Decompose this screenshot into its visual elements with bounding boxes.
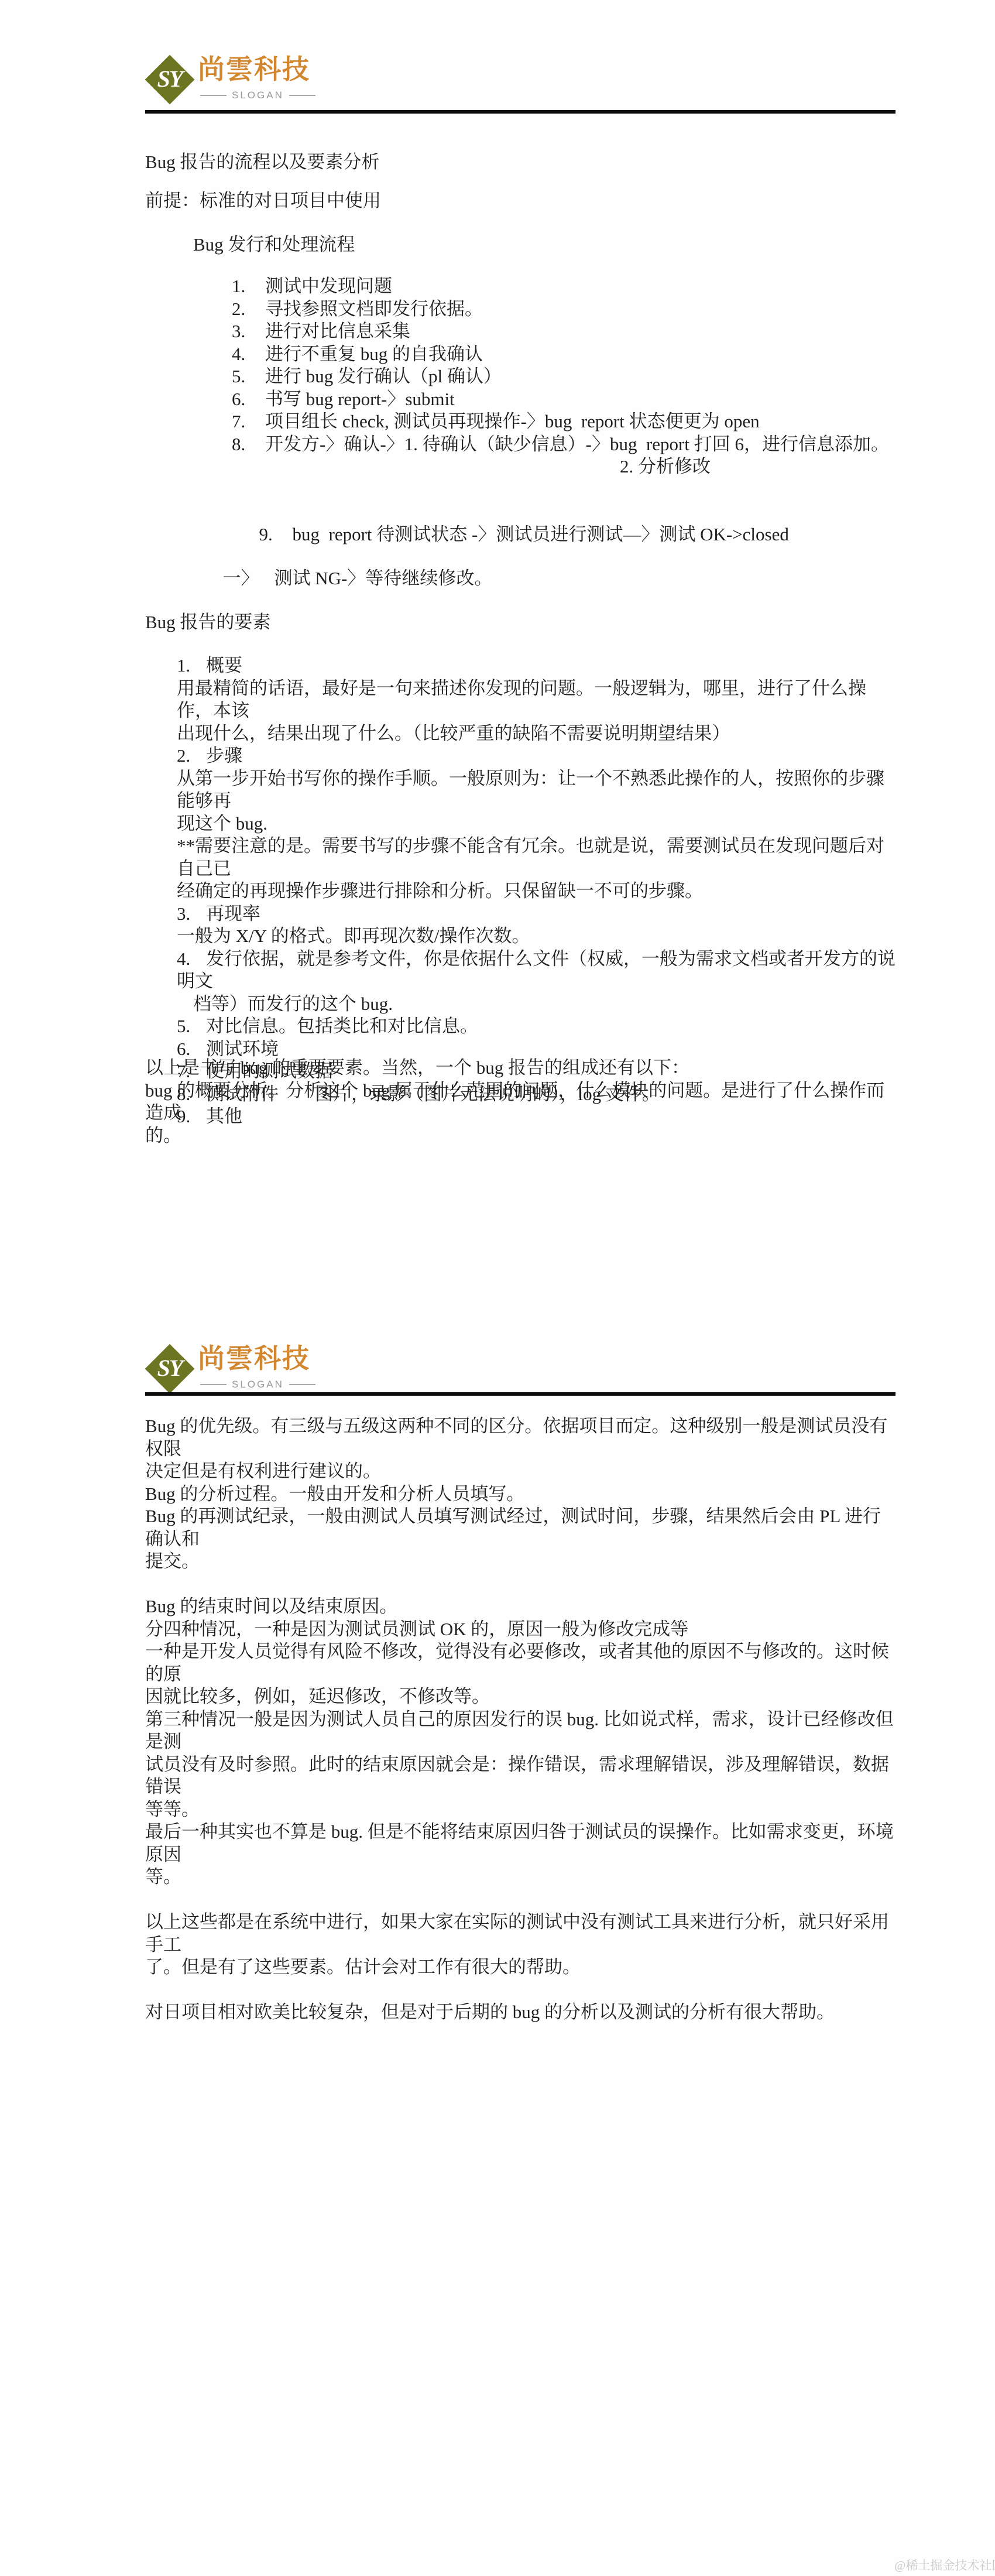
list-item-text: 寻找参照文档即发行依据。 [265, 299, 483, 319]
text-line: 试员没有及时参照。此时的结束原因就会是：操作错误，需求理解错误，涉及理解错误，数… [145, 1753, 897, 1799]
text-line [145, 1979, 897, 2002]
list-item-number: 3. [177, 903, 206, 926]
text-line: 5.进行 bug 发行确认（pl 确认） [232, 365, 899, 388]
text-line: 3.进行对比信息采集 [232, 320, 899, 343]
company-name: 尚雲科技 [198, 1342, 310, 1375]
logo-slogan: SLOGAN [200, 90, 315, 101]
slogan-dash-right [289, 1384, 315, 1385]
text-line: 4.进行不重复 bug 的自我确认 [232, 343, 899, 366]
page-title: Bug 报告的流程以及要素分析 [145, 151, 379, 174]
list-item-number: 3. [232, 320, 265, 343]
text-line: 以上是书写 bug 的重要要素。当然，一个 bug 报告的组成还有以下： [145, 1057, 895, 1080]
text-line: 决定但是有权利进行建议的。 [145, 1460, 897, 1483]
list-item-text: 对比信息。包括类比和对比信息。 [206, 1016, 478, 1036]
document-page: SY 尚雲科技 SLOGAN Bug 报告的流程以及要素分析 前提：标准的对日项… [0, 0, 995, 2576]
slogan-text: SLOGAN [232, 90, 284, 101]
text-line: Bug 的结束时间以及结束原因。 [145, 1595, 897, 1618]
text-line: 7.项目组长 check, 测试员再现操作-〉bug report 状态便更为 … [232, 410, 899, 433]
text-line: 最后一种其实也不算是 bug. 但是不能将结束原因归咎于测试员的误操作。比如需求… [145, 1821, 897, 1866]
list-item-text: 步骤 [206, 745, 242, 766]
premise-line: 前提：标准的对日项目中使用 [145, 190, 381, 213]
text-line: 2.步骤 [177, 745, 898, 768]
retest-ng-marker: 一〉 [223, 567, 275, 590]
company-logo: SY 尚雲科技 SLOGAN [144, 56, 320, 108]
text-line: 等。 [145, 1866, 897, 1889]
list-item-text: 开发方-〉确认-〉1. 待确认（缺少信息）-〉bug report 打回 6，进… [265, 434, 889, 454]
logo-monogram: SY [144, 65, 195, 93]
retest-ng-line: 一〉测试 NG-〉等待继续修改。 [195, 544, 898, 612]
site-watermark: @稀土掘金技术社区 [894, 2558, 995, 2572]
text-line [145, 1889, 897, 1912]
list-item-text: 进行不重复 bug 的自我确认 [265, 344, 483, 364]
list-item-number: 8. [232, 433, 265, 456]
text-line: 对日项目相对欧美比较复杂，但是对于后期的 bug 的分析以及测试的分析有很大帮助… [145, 2001, 897, 2024]
list-item-number: 4. [177, 948, 206, 971]
text-line: Bug 的优先级。有三级与五级这两种不同的区分。依据项目而定。这种级别一般是测试… [145, 1415, 897, 1460]
text-line: 用最精简的话语，最好是一句来描述你发现的问题。一般逻辑为，哪里，进行了什么操作，… [177, 677, 898, 722]
text-line: 一般为 X/Y 的格式。即再现次数/操作次数。 [177, 925, 898, 948]
text-line: 6.书写 bug report-〉submit [232, 388, 899, 411]
text-line: 1.测试中发现问题 [232, 275, 899, 298]
header-rule [145, 1392, 895, 1396]
list-item-text: 进行对比信息采集 [265, 321, 410, 341]
flow-step9-number: 9. [259, 523, 293, 546]
list-item-text: 测试中发现问题 [265, 276, 392, 296]
text-line: 出现什么，结果出现了什么。（比较严重的缺陷不需要说明期望结果） [177, 722, 898, 745]
text-line: Bug 的再测试纪录，一般由测试人员填写测试经过，测试时间，步骤，结果然后会由 … [145, 1505, 897, 1550]
text-line: 档等）而发行的这个 bug. [177, 993, 898, 1016]
list-item-number: 4. [232, 343, 265, 366]
text-line: 4.发行依据，就是参考文件，你是依据什么文件（权威，一般为需求文档或者开发方的说… [177, 948, 898, 993]
text-line: 3.再现率 [177, 903, 898, 926]
flow-step9-text: bug report 待测试状态 -〉测试员进行测试—〉测试 OK->close… [293, 524, 789, 544]
elements-heading: Bug 报告的要素 [145, 611, 270, 634]
list-item-number: 5. [232, 365, 265, 388]
list-item-text: 书写 bug report-〉submit [265, 389, 455, 409]
logo-slogan: SLOGAN [200, 1379, 315, 1390]
text-line: 从第一步开始书写你的操作手顺。一般原则为：让一个不熟悉此操作的人，按照你的步骤能… [177, 768, 898, 813]
text-line: 1.概要 [177, 655, 898, 677]
list-item-number: 5. [177, 1015, 206, 1038]
list-item-text: 概要 [206, 655, 242, 676]
text-line: 分四种情况，一种是因为测试员测试 OK 的，原因一般为修改完成等 [145, 1618, 897, 1641]
list-item-number: 6. [232, 388, 265, 411]
list-item-number: 2. [232, 298, 265, 321]
company-name: 尚雲科技 [198, 53, 310, 86]
header-rule [145, 110, 895, 114]
list-item-text: 再现率 [206, 903, 260, 924]
text-line: 一种是开发人员觉得有风险不修改，觉得没有必要修改，或者其他的原因不与修改的。这时… [145, 1640, 897, 1686]
logo-monogram: SY [144, 1354, 195, 1382]
text-line: 了。但是有了这些要素。估计会对工作有很大的帮助。 [145, 1956, 897, 1979]
text-line: 8.开发方-〉确认-〉1. 待确认（缺少信息）-〉bug report 打回 6… [232, 433, 899, 456]
closing-paragraph: 以上是书写 bug 的重要要素。当然，一个 bug 报告的组成还有以下：bug … [145, 1057, 895, 1147]
text-line: 现这个 bug. [177, 813, 898, 835]
slogan-text: SLOGAN [232, 1379, 284, 1390]
flow-heading: Bug 发行和处理流程 [193, 234, 355, 256]
text-line: 以上这些都是在系统中进行，如果大家在实际的测试中没有测试工具来进行分析，就只好采… [145, 1911, 897, 1956]
text-line: bug 的概要分析。分析这个 bug 属于什么范围的问题，什么模块的问题。是进行… [145, 1080, 895, 1125]
text-line: **需要注意的是。需要书写的步骤不能含有冗余。也就是说，需要测试员在发现问题后对… [177, 835, 898, 880]
retest-ng-text: 测试 NG-〉等待继续修改。 [275, 568, 493, 588]
slogan-dash-left [200, 95, 227, 96]
list-item-text: 测试环境 [206, 1039, 279, 1059]
page2-paragraphs: Bug 的优先级。有三级与五级这两种不同的区分。依据项目而定。这种级别一般是测试… [145, 1415, 897, 2024]
slogan-dash-right [289, 95, 315, 96]
company-logo: SY 尚雲科技 SLOGAN [144, 1345, 320, 1397]
flow-steps-list: 1.测试中发现问题2.寻找参照文档即发行依据。3.进行对比信息采集4.进行不重复… [232, 275, 899, 455]
text-line: 5.对比信息。包括类比和对比信息。 [177, 1015, 898, 1038]
list-item-text: 发行依据，就是参考文件，你是依据什么文件（权威，一般为需求文档或者开发方的说明文 [177, 948, 895, 992]
list-item-text: 项目组长 check, 测试员再现操作-〉bug report 状态便更为 op… [265, 411, 760, 431]
text-line: 2.寻找参照文档即发行依据。 [232, 298, 899, 321]
flow-step8-branch2: 2. 分析修改 [620, 455, 711, 478]
text-line: 因就比较多，例如，延迟修改，不修改等。 [145, 1686, 897, 1708]
list-item-text: 进行 bug 发行确认（pl 确认） [265, 366, 502, 386]
list-item-number: 1. [177, 655, 206, 677]
text-line: 提交。 [145, 1550, 897, 1573]
list-item-number: 2. [177, 745, 206, 768]
text-line [145, 1573, 897, 1596]
text-line: 第三种情况一般是因为测试人员自己的原因发行的误 bug. 比如说式样，需求，设计… [145, 1708, 897, 1753]
list-item-number: 1. [232, 275, 265, 298]
text-line: 等等。 [145, 1799, 897, 1821]
slogan-dash-left [200, 1384, 227, 1385]
list-item-number: 7. [232, 410, 265, 433]
text-line: 的。 [145, 1125, 895, 1147]
text-line: Bug 的分析过程。一般由开发和分析人员填写。 [145, 1483, 897, 1506]
text-line: 经确定的再现操作步骤进行排除和分析。只保留缺一不可的步骤。 [177, 880, 898, 903]
